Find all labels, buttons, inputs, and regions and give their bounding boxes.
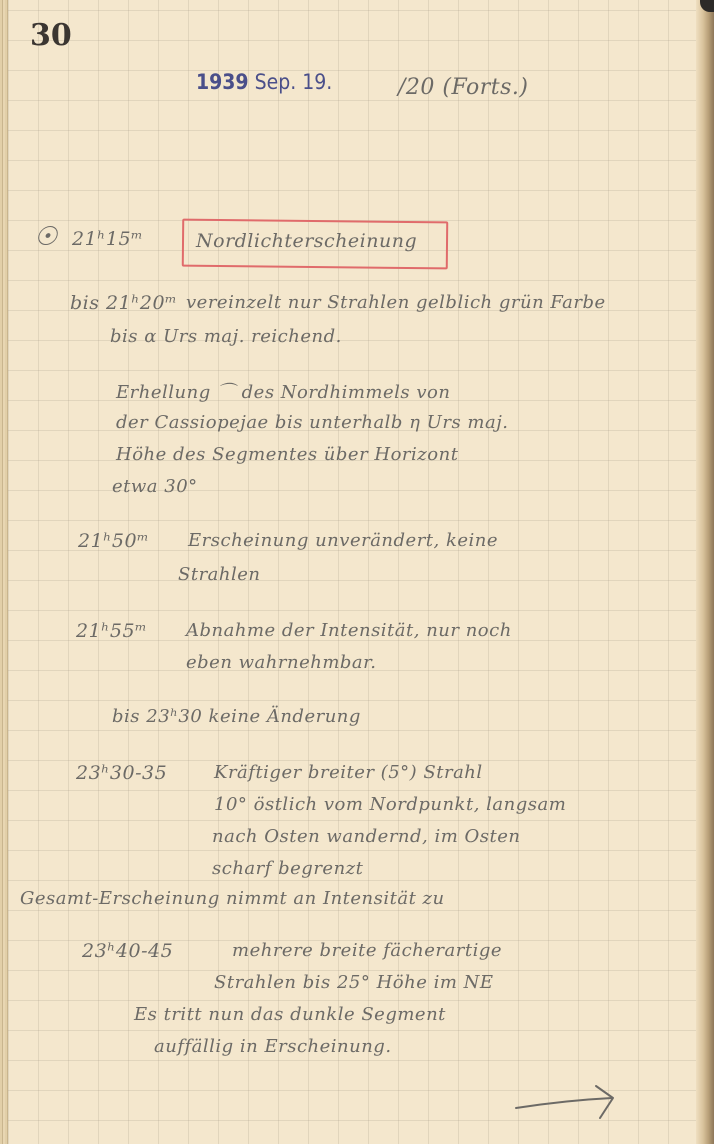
binding-gutter bbox=[696, 0, 714, 1144]
stamp-date: Sep. 19. bbox=[255, 70, 333, 94]
entry-line: nach Osten wandernd, im Osten bbox=[212, 826, 521, 847]
entry-line: Strahlen bis 25° Höhe im NE bbox=[214, 972, 494, 993]
entry-line: der Cassiopejae bis unterhalb η Urs maj. bbox=[116, 412, 509, 433]
notebook-page: 30 1939 Sep. 19. /20 (Forts.) ☉ 21ʰ15ᵐ N… bbox=[0, 0, 714, 1144]
entry-line: etwa 30° bbox=[112, 476, 198, 497]
page-left-edge bbox=[0, 0, 8, 1144]
entry-line: auffällig in Erscheinung. bbox=[154, 1036, 392, 1057]
entry-line: mehrere breite fächerartige bbox=[232, 940, 502, 961]
stamp-year: 1939 bbox=[196, 70, 249, 94]
entry-line: Erhellung ⌒ des Nordhimmels von bbox=[116, 378, 450, 404]
entry-line: bis 23ʰ30 keine Änderung bbox=[112, 706, 361, 727]
entry-time: bis 21ʰ20ᵐ bbox=[70, 292, 177, 314]
entry-time: 23ʰ30-35 bbox=[76, 762, 167, 784]
entry-line: Gesamt-Erscheinung nimmt an Intensität z… bbox=[20, 888, 445, 909]
entry-time: 21ʰ50ᵐ bbox=[78, 530, 149, 552]
date-stamp: 1939 Sep. 19. bbox=[196, 70, 332, 94]
entry-time: 23ʰ40-45 bbox=[82, 940, 173, 962]
entry-line: eben wahrnehmbar. bbox=[186, 652, 377, 673]
entry-line: Kräftiger breiter (5°) Strahl bbox=[214, 762, 483, 783]
sun-symbol-icon: ☉ bbox=[34, 222, 58, 252]
handwritten-date-suffix: /20 (Forts.) bbox=[398, 75, 529, 100]
entry-time: 21ʰ55ᵐ bbox=[76, 620, 147, 642]
entry-line: Höhe des Segmentes über Horizont bbox=[116, 444, 458, 465]
entry-line: scharf begrenzt bbox=[212, 858, 363, 879]
entry-line: 10° östlich vom Nordpunkt, langsam bbox=[214, 794, 566, 815]
entry-line: Es tritt nun das dunkle Segment bbox=[134, 1004, 446, 1025]
entry-line: bis α Urs maj. reichend. bbox=[110, 326, 342, 347]
entry-title: Nordlichterscheinung bbox=[196, 230, 417, 252]
entry-line: Abnahme der Intensität, nur noch bbox=[186, 620, 512, 641]
page-number: 30 bbox=[30, 18, 72, 53]
entry-time: 21ʰ15ᵐ bbox=[72, 228, 143, 250]
entry-line: Erscheinung unverändert, keine bbox=[188, 530, 498, 551]
entry-line: Strahlen bbox=[178, 564, 261, 585]
continuation-arrow-icon bbox=[512, 1082, 622, 1122]
entry-line: vereinzelt nur Strahlen gelblich grün Fa… bbox=[186, 292, 606, 313]
